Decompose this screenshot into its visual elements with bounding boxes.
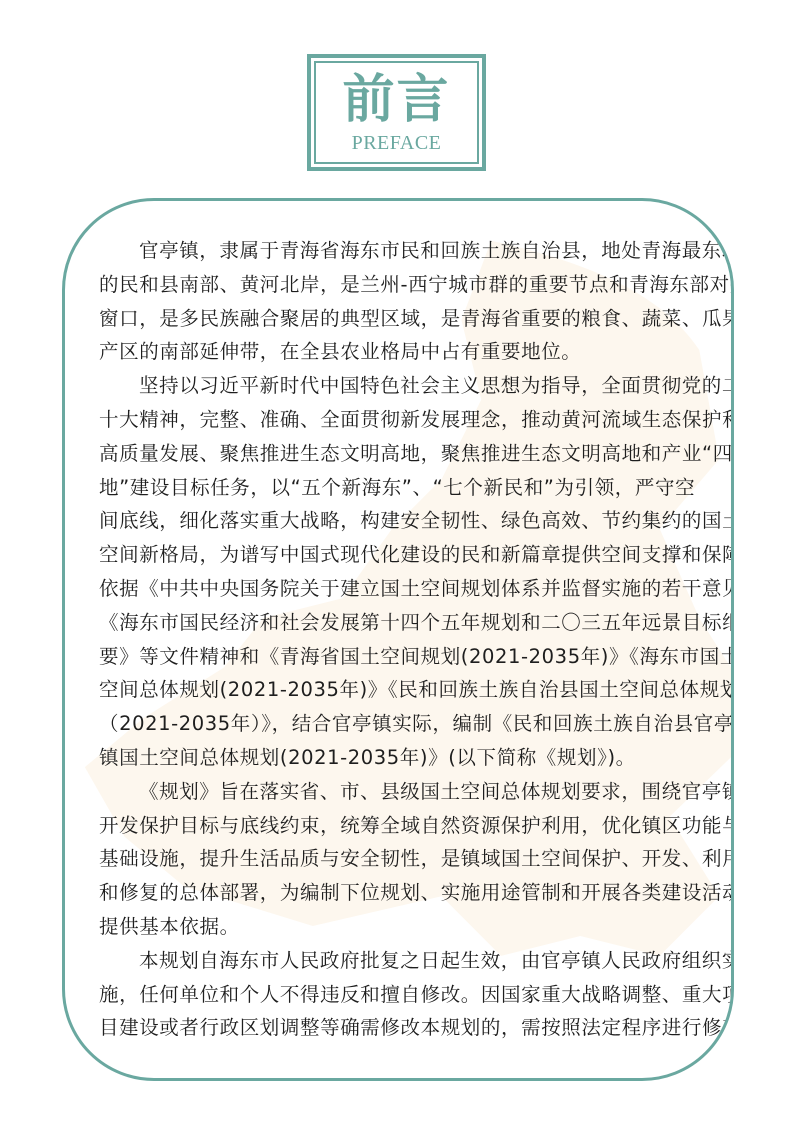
page-subtitle: PREFACE	[352, 132, 442, 154]
paragraph-3: 依据《中共中央国务院关于建立国土空间规划体系并监督实施的若干意见》 《海东市国民…	[99, 572, 709, 775]
text-line: 目建设或者行政区划调整等确需修改本规划的，需按照法定程序进行修改。	[99, 1011, 709, 1045]
text-line: 产区的南部延伸带，在全县农业格局中占有重要地位。	[99, 335, 709, 369]
text-line: 窗口，是多民族融合聚居的典型区域，是青海省重要的粮食、蔬菜、瓜果	[99, 302, 709, 336]
text-line: 《海东市国民经济和社会发展第十四个五年规划和二〇三五年远景目标纲	[99, 606, 709, 640]
text-line: 镇国土空间总体规划(2021-2035年)》(以下简称《规划》)。	[99, 741, 709, 775]
text-line: 间底线，细化落实重大战略，构建安全韧性、绿色高效、节约集约的国土	[99, 504, 709, 538]
text-line: 的民和县南部、黄河北岸，是兰州-西宁城市群的重要节点和青海东部对外	[99, 268, 709, 302]
preface-title-inner-frame: 前言 PREFACE	[314, 61, 479, 164]
text-line: 地”建设目标任务，以“五个新海东”、“七个新民和”为引领，严守空	[99, 471, 709, 505]
paragraph-4: 《规划》旨在落实省、市、县级国土空间总体规划要求，围绕官亭镇 开发保护目标与底线…	[99, 775, 709, 944]
text-line: 空间总体规划(2021-2035年)》《民和回族土族自治县国土空间总体规划	[99, 673, 709, 707]
text-line: 和修复的总体部署，为编制下位规划、实施用途管制和开展各类建设活动	[99, 876, 709, 910]
text-line: 坚持以习近平新时代中国特色社会主义思想为指导，全面贯彻党的二	[99, 369, 709, 403]
text-line: 官亭镇，隶属于青海省海东市民和回族土族自治县，地处青海最东端	[99, 234, 709, 268]
paragraph-5: 本规划自海东市人民政府批复之日起生效，由官亭镇人民政府组织实 施，任何单位和个人…	[99, 944, 709, 1045]
text-line: （2021-2035年）》，结合官亭镇实际，编制《民和回族土族自治县官亭	[99, 707, 709, 741]
text-line: 提供基本依据。	[99, 910, 709, 944]
page-title: 前言	[342, 72, 450, 128]
text-line: 依据《中共中央国务院关于建立国土空间规划体系并监督实施的若干意见》	[99, 572, 709, 606]
preface-title-box: 前言 PREFACE	[307, 54, 486, 171]
text-line: 《规划》旨在落实省、市、县级国土空间总体规划要求，围绕官亭镇	[99, 775, 709, 809]
preface-body: 官亭镇，隶属于青海省海东市民和回族土族自治县，地处青海最东端 的民和县南部、黄河…	[99, 234, 709, 1045]
text-line: 空间新格局，为谱写中国式现代化建设的民和新篇章提供空间支撑和保障。	[99, 538, 709, 572]
text-line: 十大精神，完整、准确、全面贯彻新发展理念，推动黄河流域生态保护和	[99, 403, 709, 437]
text-line: 开发保护目标与底线约束，统筹全域自然资源保护利用，优化镇区功能与	[99, 809, 709, 843]
text-line: 基础设施，提升生活品质与安全韧性，是镇域国土空间保护、开发、利用	[99, 842, 709, 876]
paragraph-1: 官亭镇，隶属于青海省海东市民和回族土族自治县，地处青海最东端 的民和县南部、黄河…	[99, 234, 709, 369]
text-line: 本规划自海东市人民政府批复之日起生效，由官亭镇人民政府组织实	[99, 944, 709, 978]
paragraph-2: 坚持以习近平新时代中国特色社会主义思想为指导，全面贯彻党的二 十大精神，完整、准…	[99, 369, 709, 572]
text-line: 要》等文件精神和《青海省国土空间规划(2021-2035年)》《海东市国土	[99, 640, 709, 674]
text-line: 高质量发展、聚焦推进生态文明高地，聚焦推进生态文明高地和产业“四	[99, 437, 709, 471]
text-line: 施，任何单位和个人不得违反和擅自修改。因国家重大战略调整、重大项	[99, 978, 709, 1012]
content-frame: 官亭镇，隶属于青海省海东市民和回族土族自治县，地处青海最东端 的民和县南部、黄河…	[62, 198, 734, 1081]
